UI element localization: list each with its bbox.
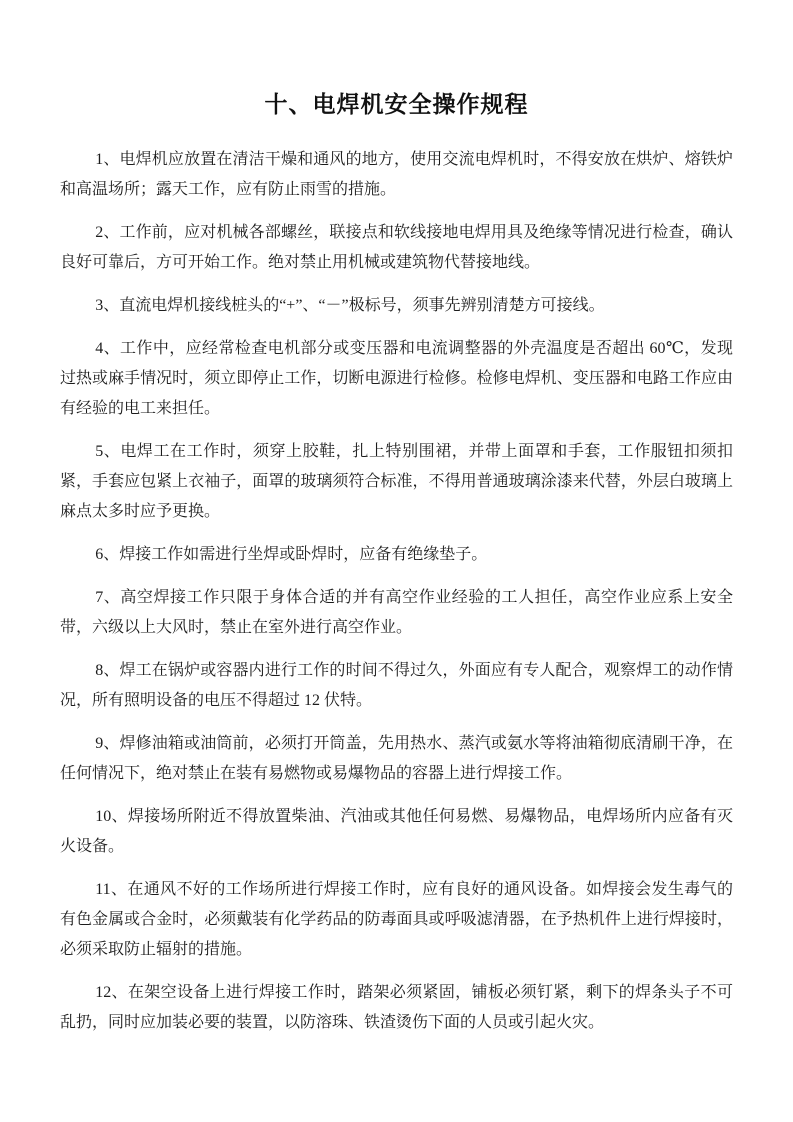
document-page: 十、电焊机安全操作规程 1、电焊机应放置在清洁干燥和通风的地方，使用交流电焊机时…	[0, 0, 793, 1122]
paragraph-12: 12、在架空设备上进行焊接工作时，踏架必须紧固，铺板必须钉紧，剩下的焊条头子不可…	[60, 978, 733, 1038]
paragraph-6: 6、焊接工作如需进行坐焊或卧焊时，应备有绝缘垫子。	[60, 540, 733, 570]
paragraph-1: 1、电焊机应放置在清洁干燥和通风的地方，使用交流电焊机时，不得安放在烘炉、熔铁炉…	[60, 145, 733, 205]
paragraph-4: 4、工作中，应经常检查电机部分或变压器和电流调整器的外壳温度是否超出 60℃，发…	[60, 334, 733, 424]
paragraph-3: 3、直流电焊机接线桩头的“+”、“－”极标号，须事先辨别清楚方可接线。	[60, 291, 733, 321]
paragraph-10: 10、焊接场所附近不得放置柴油、汽油或其他任何易燃、易爆物品，电焊场所内应备有灭…	[60, 802, 733, 862]
paragraph-11: 11、在通风不好的工作场所进行焊接工作时，应有良好的通风设备。如焊接会发生毒气的…	[60, 875, 733, 965]
paragraph-7: 7、高空焊接工作只限于身体合适的并有高空作业经验的工人担任，高空作业应系上安全带…	[60, 583, 733, 643]
paragraph-8: 8、焊工在锅炉或容器内进行工作的时间不得过久，外面应有专人配合，观察焊工的动作情…	[60, 656, 733, 716]
paragraph-2: 2、工作前，应对机械各部螺丝，联接点和软线接地电焊用具及绝缘等情况进行检查，确认…	[60, 218, 733, 278]
paragraph-5: 5、电焊工在工作时，须穿上胶鞋，扎上特别围裙，并带上面罩和手套，工作服钮扣须扣紧…	[60, 437, 733, 527]
paragraph-9: 9、焊修油箱或油筒前，必须打开筒盖，先用热水、蒸汽或氨水等将油箱彻底清刷干净，在…	[60, 729, 733, 789]
document-title: 十、电焊机安全操作规程	[60, 88, 733, 120]
